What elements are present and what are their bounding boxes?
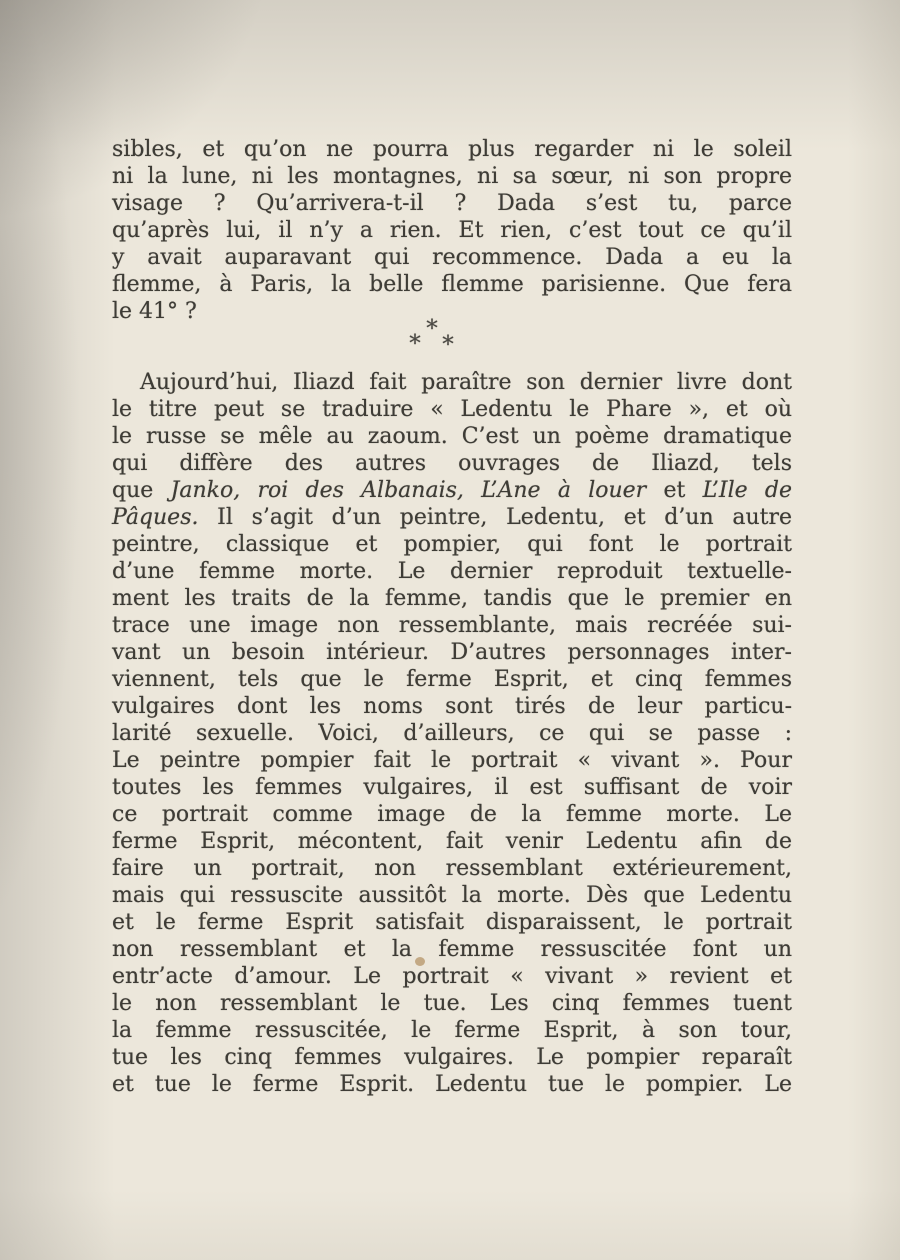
paragraph-dada: sibles, et qu’on ne pourra plus regarder… <box>112 136 792 325</box>
text-line: toutes les femmes vulgaires, il est suff… <box>112 774 792 801</box>
text-line: qu’après lui, il n’y a rien. Et rien, c’… <box>112 217 792 244</box>
scanned-book-page: sibles, et qu’on ne pourra plus regarder… <box>0 0 900 1260</box>
text-segment: le russe se mêle au zaoum. C’est un poèm… <box>112 424 792 449</box>
page-text: sibles, et qu’on ne pourra plus regarder… <box>112 136 792 1098</box>
text-segment: la femme ressuscitée, le ferme Esprit, à… <box>112 1018 792 1043</box>
text-segment: Aujourd’hui, Iliazd fait paraître son de… <box>140 370 792 395</box>
text-line: la femme ressuscitée, le ferme Esprit, à… <box>112 1017 792 1044</box>
text-line: et le ferme Esprit satisfait disparaisse… <box>112 909 792 936</box>
paper-speck <box>415 957 425 966</box>
text-segment: le titre peut se traduire « Ledentu le P… <box>112 397 792 422</box>
text-line: sibles, et qu’on ne pourra plus regarder… <box>112 136 792 163</box>
text-line: et tue le ferme Esprit. Ledentu tue le p… <box>112 1071 792 1098</box>
text-segment: Il s’agit d’un peintre, Ledentu, et d’un… <box>199 505 793 530</box>
text-segment: Le peintre pompier fait le portrait « vi… <box>112 748 792 773</box>
paragraph-ledentu: Aujourd’hui, Iliazd fait paraître son de… <box>112 369 792 1098</box>
text-segment: ferme Esprit, mécontent, fait venir Lede… <box>112 829 792 854</box>
text-line: peintre, classique et pompier, qui font … <box>112 531 792 558</box>
text-line: ment les traits de la femme, tandis que … <box>112 585 792 612</box>
asterisk-icon: * <box>442 334 454 357</box>
text-segment: tue les cinq femmes vulgaires. Le pompie… <box>112 1045 792 1070</box>
text-segment: et tue le ferme Esprit. Ledentu tue le p… <box>112 1072 792 1097</box>
text-line: ni la lune, ni les montagnes, ni sa sœur… <box>112 163 792 190</box>
text-line: que Janko, roi des Albanais, L’Ane à lou… <box>112 477 792 504</box>
text-segment: viennent, tels que le ferme Esprit, et c… <box>112 667 792 692</box>
text-segment: et <box>646 478 702 503</box>
text-segment: trace une image non ressemblante, mais r… <box>112 613 792 638</box>
text-segment: non ressemblant et la femme ressuscitée … <box>112 937 792 962</box>
text-segment: faire un portrait, non ressemblant extér… <box>112 856 792 881</box>
text-line: qui diffère des autres ouvrages de Iliaz… <box>112 450 792 477</box>
text-line: Aujourd’hui, Iliazd fait paraître son de… <box>112 369 792 396</box>
text-segment: mais qui ressuscite aussitôt la morte. D… <box>112 883 792 908</box>
asterisk-icon: * <box>426 318 438 341</box>
text-line: le 41° ? <box>112 298 792 325</box>
text-segment: flemme, à Paris, la belle flemme parisie… <box>112 272 792 297</box>
text-segment: visage ? Qu’arrivera-t-il ? Dada s’est t… <box>112 191 792 216</box>
text-line: ce portrait comme image de la femme mort… <box>112 801 792 828</box>
text-line: visage ? Qu’arrivera-t-il ? Dada s’est t… <box>112 190 792 217</box>
text-line: Le peintre pompier fait le portrait « vi… <box>112 747 792 774</box>
text-segment: ni la lune, ni les montagnes, ni sa sœur… <box>112 164 792 189</box>
text-segment <box>464 478 481 503</box>
text-line: y avait auparavant qui recommence. Dada … <box>112 244 792 271</box>
text-segment: toutes les femmes vulgaires, il est suff… <box>112 775 792 800</box>
book-title-italic: L’Ile de <box>703 478 792 503</box>
book-title-italic: Janko, roi des Albanais, <box>171 478 464 503</box>
text-line: vant un besoin intérieur. D’autres perso… <box>112 639 792 666</box>
text-line: flemme, à Paris, la belle flemme parisie… <box>112 271 792 298</box>
text-segment: qu’après lui, il n’y a rien. Et rien, c’… <box>112 218 792 243</box>
text-line: ferme Esprit, mécontent, fait venir Lede… <box>112 828 792 855</box>
text-line: viennent, tels que le ferme Esprit, et c… <box>112 666 792 693</box>
text-segment: le 41° ? <box>112 299 197 324</box>
asterism-divider: * * * <box>92 325 772 369</box>
book-title-italic: L’Ane à louer <box>481 478 646 503</box>
text-segment: sibles, et qu’on ne pourra plus regarder… <box>112 137 792 162</box>
text-line: non ressemblant et la femme ressuscitée … <box>112 936 792 963</box>
asterisk-icon: * <box>409 333 421 356</box>
text-segment: d’une femme morte. Le dernier reproduit … <box>112 559 792 584</box>
text-segment: ment les traits de la femme, tandis que … <box>112 586 792 611</box>
text-segment: y avait auparavant qui recommence. Dada … <box>112 245 792 270</box>
text-segment: qui diffère des autres ouvrages de Iliaz… <box>112 451 792 476</box>
text-line: tue les cinq femmes vulgaires. Le pompie… <box>112 1044 792 1071</box>
text-segment: larité sexuelle. Voici, d’ailleurs, ce q… <box>112 721 792 746</box>
text-segment: et le ferme Esprit satisfait disparaisse… <box>112 910 792 935</box>
text-line: vulgaires dont les noms sont tirés de le… <box>112 693 792 720</box>
text-line: le non ressemblant le tue. Les cinq femm… <box>112 990 792 1017</box>
text-line: faire un portrait, non ressemblant extér… <box>112 855 792 882</box>
text-line: Pâques. Il s’agit d’un peintre, Ledentu,… <box>112 504 792 531</box>
text-segment: le non ressemblant le tue. Les cinq femm… <box>112 991 792 1016</box>
text-segment: que <box>112 478 171 503</box>
text-segment: vulgaires dont les noms sont tirés de le… <box>112 694 792 719</box>
text-segment: vant un besoin intérieur. D’autres perso… <box>112 640 792 665</box>
text-line: mais qui ressuscite aussitôt la morte. D… <box>112 882 792 909</box>
text-line: larité sexuelle. Voici, d’ailleurs, ce q… <box>112 720 792 747</box>
text-line: le russe se mêle au zaoum. C’est un poèm… <box>112 423 792 450</box>
text-segment: entr’acte d’amour. Le portrait « vivant … <box>112 964 792 989</box>
book-title-italic: Pâques. <box>112 505 199 530</box>
text-segment: ce portrait comme image de la femme mort… <box>112 802 792 827</box>
text-line: entr’acte d’amour. Le portrait « vivant … <box>112 963 792 990</box>
text-line: le titre peut se traduire « Ledentu le P… <box>112 396 792 423</box>
text-line: trace une image non ressemblante, mais r… <box>112 612 792 639</box>
text-line: d’une femme morte. Le dernier reproduit … <box>112 558 792 585</box>
text-segment: peintre, classique et pompier, qui font … <box>112 532 792 557</box>
